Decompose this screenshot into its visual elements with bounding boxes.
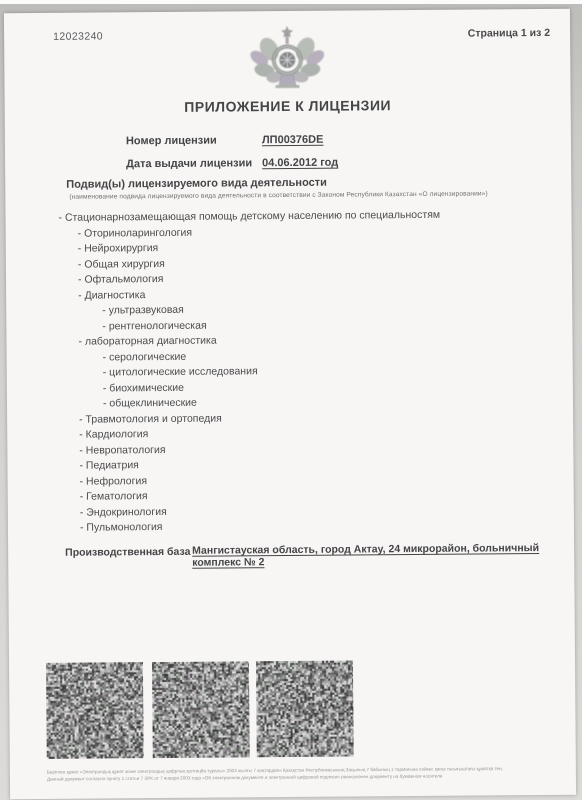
activity-item: - Пульмонология [8, 518, 574, 538]
subtype-note: (наименование подвида лицензируемого вид… [69, 190, 487, 200]
kazakhstan-emblem-icon [244, 25, 331, 94]
production-base-value: Мангистауская область, город Актау, 24 м… [192, 543, 554, 569]
activities-list: - Стационарнозамещающая помощь детскому … [5, 208, 574, 538]
subtype-heading: Подвид(ы) лицензируемого вида деятельнос… [66, 177, 327, 191]
document-number: 12023240 [53, 30, 103, 42]
scanned-sheet: 12023240 Страница 1 из 2 [0, 0, 582, 800]
page-title: ПРИЛОЖЕНИЕ К ЛИЦЕНЗИИ [5, 96, 571, 116]
license-appendix-page: 12023240 Страница 1 из 2 [4, 9, 576, 799]
barcode-image [152, 661, 250, 758]
barcode-image [46, 662, 144, 759]
scanner-edge [0, 0, 582, 4]
barcode-image [256, 661, 354, 758]
issue-date-value: 04.06.2012 год [262, 157, 338, 170]
license-number-value: ЛП00376DE [262, 134, 324, 146]
license-number-label: Номер лицензии [126, 135, 217, 148]
page-indicator: Страница 1 из 2 [468, 27, 550, 40]
footer-legal-russian: Данный документ согласно пункту 1 статьи… [47, 774, 443, 782]
issue-date-label: Дата выдачи лицензии [126, 157, 252, 170]
production-base-label: Производственная база [65, 546, 190, 559]
